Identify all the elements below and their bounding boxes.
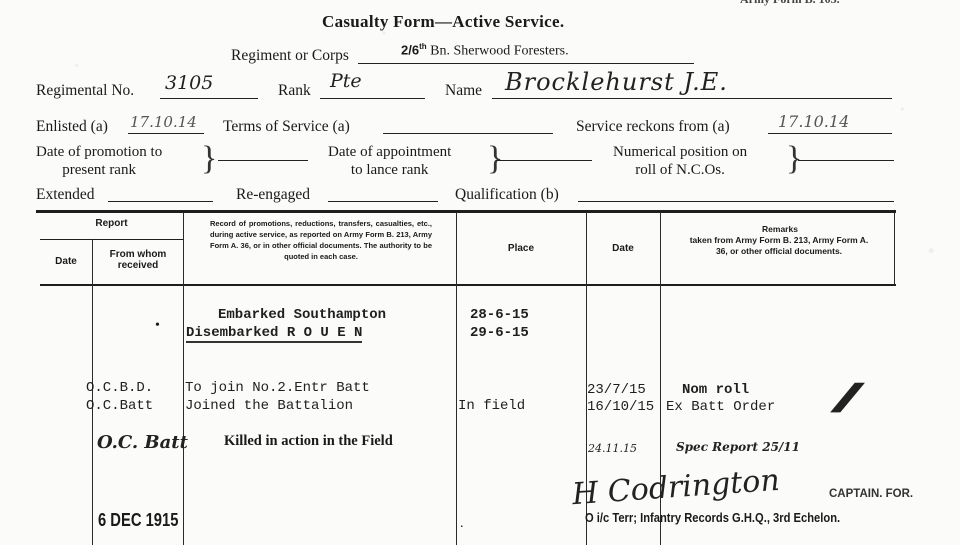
brace-icon: }: [786, 140, 802, 178]
regiment-label: Regiment or Corps: [231, 47, 349, 65]
header-from-whom: From whom received: [96, 249, 180, 271]
brace-icon: }: [201, 140, 217, 178]
received-date-stamp: 6 DEC 1915: [98, 510, 178, 531]
promotion-label-line2: present rank: [36, 161, 162, 179]
reckons-underline: [768, 133, 892, 134]
form-number: Army Form B. 103.: [740, 0, 840, 7]
place-in-field: In field: [458, 398, 525, 414]
regiment-value-prefix: 2/6: [401, 42, 419, 57]
place-embarked: 28-6-15: [470, 307, 529, 323]
header-date2: Date: [586, 243, 660, 254]
rank-label: Rank: [278, 82, 311, 100]
header-remarks-body: taken from Army Form B. 213, Army Form A…: [683, 235, 875, 257]
regiment-value-sup: th: [419, 42, 427, 51]
date-joined: 16/10/15: [587, 399, 654, 415]
rank-field[interactable]: Pte: [330, 70, 362, 92]
enlisted-field[interactable]: 17.10.14: [130, 113, 197, 131]
name-field[interactable]: Brocklehurst J.E.: [505, 68, 728, 96]
regiment-underline: [358, 63, 694, 64]
terms-label: Terms of Service (a): [223, 118, 350, 136]
appointment-label: Date of appointment to lance rank: [328, 143, 451, 179]
signature: H Codrington: [571, 463, 781, 512]
appointment-label-line1: Date of appointment: [328, 143, 451, 161]
remarks-ex-batt: Ex Batt Order: [666, 399, 775, 415]
table-top-rule: [36, 210, 896, 213]
promotion-field[interactable]: [218, 160, 308, 161]
extended-field[interactable]: [108, 201, 213, 202]
dot-mark: •: [155, 318, 160, 334]
from-ocbd: O.C.B.D.: [86, 380, 153, 396]
numerical-field[interactable]: [798, 160, 894, 161]
col-divider: [894, 212, 895, 285]
appointment-label-line2: to lance rank: [328, 161, 451, 179]
record-killed: Killed in action in the Field: [224, 433, 393, 450]
regimental-no-field[interactable]: 3105: [165, 72, 213, 94]
brace-icon: }: [487, 140, 503, 178]
from-ocbatt: O.C.Batt: [86, 398, 153, 414]
remarks-nom-roll: Nom roll: [682, 382, 749, 398]
qualification-label: Qualification (b): [455, 186, 559, 204]
signature-title: CAPTAIN. FOR.: [829, 488, 913, 500]
enlisted-underline: [128, 133, 204, 134]
promotion-label-line1: Date of promotion to: [36, 143, 162, 161]
rank-underline: [320, 98, 425, 99]
regiment-field[interactable]: 2/6th Bn. Sherwood Foresters.: [401, 42, 569, 59]
promotion-label: Date of promotion to present rank: [36, 143, 162, 179]
reckons-label: Service reckons from (a): [576, 118, 730, 136]
qualification-field[interactable]: [578, 201, 894, 202]
reckons-field[interactable]: 17.10.14: [778, 112, 849, 131]
numerical-label-line1: Numerical position on: [613, 143, 747, 161]
regimental-no-underline: [160, 98, 258, 99]
extended-label: Extended: [36, 186, 95, 204]
header-bottom-rule: [40, 284, 896, 286]
numerical-label: Numerical position on roll of N.C.Os.: [613, 143, 747, 179]
header-date: Date: [40, 256, 92, 267]
signature-office: O i/c Terr; Infantry Records G.H.Q., 3rd…: [585, 510, 840, 525]
regimental-no-label: Regimental No.: [36, 82, 134, 100]
enlisted-label: Enlisted (a): [36, 118, 108, 136]
name-label: Name: [445, 82, 482, 100]
dot-mark: .: [460, 516, 464, 532]
header-record: Record of promotions, reductions, transf…: [210, 218, 432, 262]
header-remarks-title: Remarks: [680, 224, 880, 234]
report-subrule: [40, 239, 183, 240]
col-divider: [456, 212, 457, 545]
record-disembarked: Disembarked R O U E N: [186, 325, 362, 343]
from-oc-batt-handwritten: O.C. Batt: [97, 432, 188, 453]
regiment-value-rest: Bn. Sherwood Foresters.: [427, 43, 569, 58]
remarks-spec-report: Spec Report 25/11: [676, 440, 800, 454]
numerical-label-line2: roll of N.C.Os.: [613, 161, 747, 179]
record-joined: Joined the Battalion: [185, 398, 353, 414]
name-underline: [492, 98, 892, 99]
appointment-field[interactable]: [496, 160, 592, 161]
reengaged-label: Re-engaged: [236, 186, 310, 204]
header-report: Report: [40, 218, 183, 229]
place-disembarked: 29-6-15: [470, 325, 529, 341]
date-killed: 24.11.15: [588, 442, 637, 455]
date-to-join: 23/7/15: [587, 382, 646, 398]
reengaged-field[interactable]: [328, 201, 438, 202]
header-place: Place: [456, 243, 586, 254]
record-embarked: Embarked Southampton: [218, 307, 386, 323]
col-divider: [183, 212, 184, 545]
record-to-join: To join No.2.Entr Batt: [185, 380, 370, 396]
terms-field[interactable]: [383, 133, 553, 134]
form-title: Casualty Form—Active Service.: [322, 12, 564, 32]
tally-mark-icon: ///: [831, 376, 854, 418]
